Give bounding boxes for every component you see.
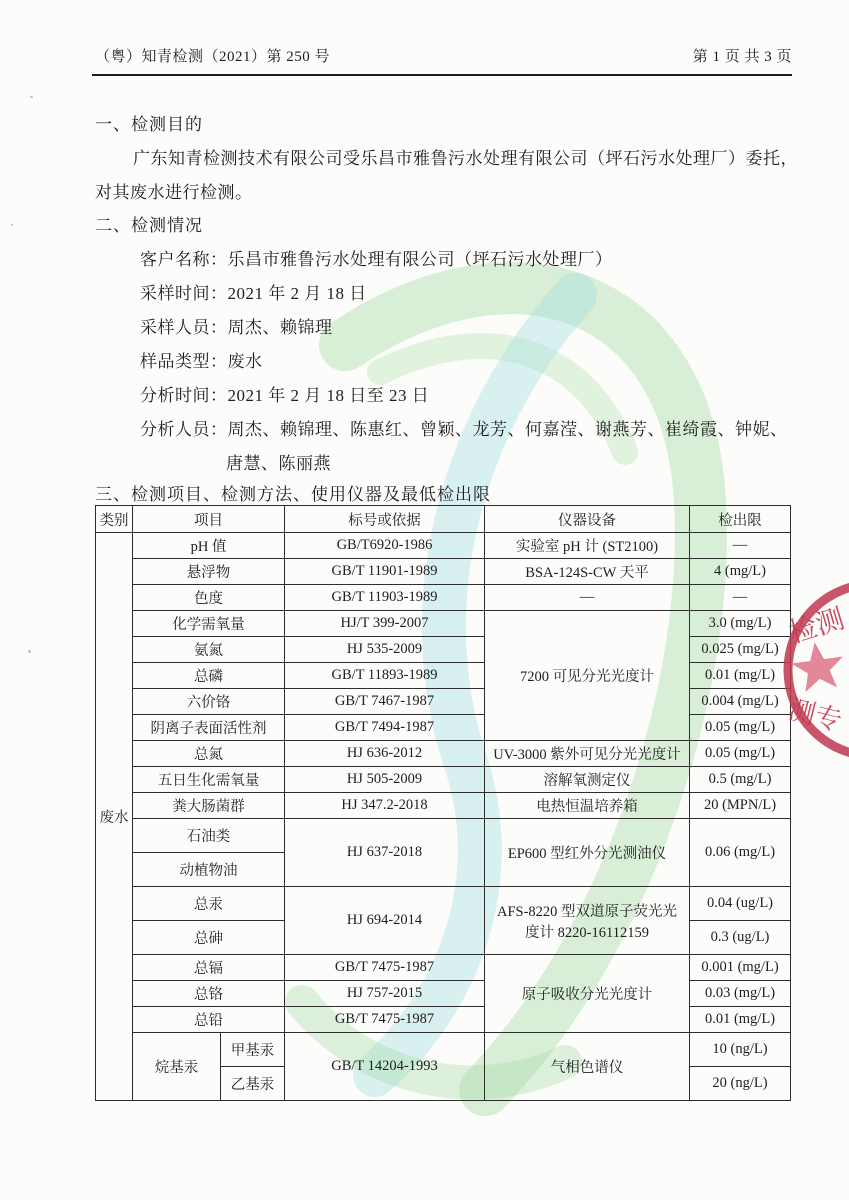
cell-limit: 10 (ng/L) bbox=[690, 1033, 791, 1067]
cell-instrument-line2: 度计 8220-16112159 bbox=[487, 921, 687, 942]
table-row: 总镉 GB/T 7475-1987 原子吸收分光光度计 0.001 (mg/L) bbox=[96, 955, 791, 981]
scan-speck bbox=[28, 650, 31, 653]
cell-instrument: 气相色谱仪 bbox=[485, 1033, 690, 1101]
field-label: 客户名称： bbox=[140, 250, 228, 269]
cell-item: 粪大肠菌群 bbox=[133, 793, 285, 819]
cell-instrument: BSA-124S-CW 天平 bbox=[485, 559, 690, 585]
cell-item: 甲基汞 bbox=[221, 1033, 285, 1067]
field-label: 样品类型： bbox=[140, 352, 228, 371]
cell-category: 废水 bbox=[96, 533, 133, 1101]
cell-item: 动植物油 bbox=[133, 853, 285, 887]
section1-paragraph-line2: 对其废水进行检测。 bbox=[95, 178, 253, 203]
cell-limit: 0.05 (mg/L) bbox=[690, 715, 791, 741]
cell-limit: 20 (MPN/L) bbox=[690, 793, 791, 819]
cell-standard: HJ 694-2014 bbox=[285, 887, 485, 955]
cell-standard: GB/T 11901-1989 bbox=[285, 559, 485, 585]
cell-limit: 0.04 (ug/L) bbox=[690, 887, 791, 921]
cell-limit: 0.5 (mg/L) bbox=[690, 767, 791, 793]
scan-speck bbox=[11, 224, 13, 226]
table-row: 色度 GB/T 11903-1989 — — bbox=[96, 585, 791, 611]
field-value: 2021 年 2 月 18 日至 23 日 bbox=[228, 386, 430, 405]
section3-title: 三、检测项目、检测方法、使用仪器及最低检出限 bbox=[95, 480, 491, 505]
column-header-standard: 标号或依据 bbox=[285, 506, 485, 533]
cell-standard: HJ 637-2018 bbox=[285, 819, 485, 887]
column-header-category: 类别 bbox=[96, 506, 133, 533]
field-value: 周杰、赖锦理 bbox=[228, 318, 333, 337]
cell-item: 阴离子表面活性剂 bbox=[133, 715, 285, 741]
cell-standard: HJ 505-2009 bbox=[285, 767, 485, 793]
cell-instrument: UV-3000 紫外可见分光光度计 bbox=[485, 741, 690, 767]
cell-item: 五日生化需氧量 bbox=[133, 767, 285, 793]
column-header-limit: 检出限 bbox=[690, 506, 791, 533]
cell-instrument: 原子吸收分光光度计 bbox=[485, 955, 690, 1033]
field-label: 采样人员： bbox=[140, 318, 228, 337]
scanned-report-page: { "page": { "header_left": "（粤）知青检测（2021… bbox=[0, 0, 849, 1200]
cell-item: 总镉 bbox=[133, 955, 285, 981]
field-value: 周杰、赖锦理、陈惠红、曾颖、龙芳、何嘉滢、谢燕芳、崔绮霞、钟妮、 bbox=[228, 420, 788, 439]
field-sampling-date: 采样时间：2021 年 2 月 18 日 bbox=[140, 279, 367, 304]
section2-title: 二、检测情况 bbox=[95, 211, 203, 236]
cell-standard: GB/T 11893-1989 bbox=[285, 663, 485, 689]
table-row: 五日生化需氧量 HJ 505-2009 溶解氧测定仪 0.5 (mg/L) bbox=[96, 767, 791, 793]
cell-item: 总铅 bbox=[133, 1007, 285, 1033]
cell-item-group: 烷基汞 bbox=[133, 1033, 221, 1101]
field-client-name: 客户名称：乐昌市雅鲁污水处理有限公司（坪石污水处理厂） bbox=[140, 245, 613, 270]
cell-item: 色度 bbox=[133, 585, 285, 611]
field-sampling-staff: 采样人员：周杰、赖锦理 bbox=[140, 313, 333, 338]
table-row: 烷基汞 甲基汞 GB/T 14204-1993 气相色谱仪 10 (ng/L) bbox=[96, 1033, 791, 1067]
test-items-table: 类别 项目 标号或依据 仪器设备 检出限 废水 pH 值 GB/T6920-19… bbox=[95, 505, 791, 1101]
cell-item: 石油类 bbox=[133, 819, 285, 853]
cell-item: pH 值 bbox=[133, 533, 285, 559]
table-row: 废水 pH 值 GB/T6920-1986 实验室 pH 计 (ST2100) … bbox=[96, 533, 791, 559]
table-row: 粪大肠菌群 HJ 347.2-2018 电热恒温培养箱 20 (MPN/L) bbox=[96, 793, 791, 819]
cell-limit: 3.0 (mg/L) bbox=[690, 611, 791, 637]
cell-limit: 20 (ng/L) bbox=[690, 1067, 791, 1101]
field-analysis-date: 分析时间：2021 年 2 月 18 日至 23 日 bbox=[140, 381, 429, 406]
scan-speck bbox=[30, 96, 33, 98]
cell-item: 总铬 bbox=[133, 981, 285, 1007]
cell-standard: HJ 535-2009 bbox=[285, 637, 485, 663]
cell-standard: GB/T 7475-1987 bbox=[285, 1007, 485, 1033]
column-header-item: 项目 bbox=[133, 506, 285, 533]
cell-limit: 0.004 (mg/L) bbox=[690, 689, 791, 715]
page-header: （粤）知青检测（2021）第 250 号 第 1 页 共 3 页 bbox=[95, 45, 792, 66]
cell-limit: 0.06 (mg/L) bbox=[690, 819, 791, 887]
cell-instrument: 7200 可见分光光度计 bbox=[485, 611, 690, 741]
cell-standard: HJ 347.2-2018 bbox=[285, 793, 485, 819]
cell-standard: HJ 757-2015 bbox=[285, 981, 485, 1007]
cell-standard: GB/T 14204-1993 bbox=[285, 1033, 485, 1101]
cell-standard: GB/T6920-1986 bbox=[285, 533, 485, 559]
column-header-instrument: 仪器设备 bbox=[485, 506, 690, 533]
field-label: 分析人员： bbox=[140, 420, 228, 439]
document-content: （粤）知青检测（2021）第 250 号 第 1 页 共 3 页 一、检测目的 … bbox=[0, 0, 849, 1200]
field-analysis-staff-continued: 唐慧、陈丽燕 bbox=[226, 449, 331, 474]
cell-standard: GB/T 7475-1987 bbox=[285, 955, 485, 981]
cell-item: 乙基汞 bbox=[221, 1067, 285, 1101]
cell-item: 六价铬 bbox=[133, 689, 285, 715]
cell-instrument: — bbox=[485, 585, 690, 611]
field-value: 废水 bbox=[228, 352, 263, 371]
cell-limit: 0.05 (mg/L) bbox=[690, 741, 791, 767]
table-row: 石油类 HJ 637-2018 EP600 型红外分光测油仪 0.06 (mg/… bbox=[96, 819, 791, 853]
cell-item: 总氮 bbox=[133, 741, 285, 767]
cell-instrument: AFS-8220 型双道原子荧光光 度计 8220-16112159 bbox=[485, 887, 690, 955]
cell-limit: 0.001 (mg/L) bbox=[690, 955, 791, 981]
cell-standard: GB/T 7494-1987 bbox=[285, 715, 485, 741]
cell-standard: HJ 636-2012 bbox=[285, 741, 485, 767]
field-sample-type: 样品类型：废水 bbox=[140, 347, 263, 372]
cell-instrument-line1: AFS-8220 型双道原子荧光光 bbox=[487, 900, 687, 921]
page-indicator: 第 1 页 共 3 页 bbox=[693, 45, 792, 66]
cell-instrument: 实验室 pH 计 (ST2100) bbox=[485, 533, 690, 559]
cell-item: 氨氮 bbox=[133, 637, 285, 663]
cell-item: 总砷 bbox=[133, 921, 285, 955]
table-row: 总氮 HJ 636-2012 UV-3000 紫外可见分光光度计 0.05 (m… bbox=[96, 741, 791, 767]
cell-instrument: 溶解氧测定仪 bbox=[485, 767, 690, 793]
cell-limit: — bbox=[690, 585, 791, 611]
field-value: 乐昌市雅鲁污水处理有限公司（坪石污水处理厂） bbox=[228, 250, 613, 269]
cell-limit: 0.01 (mg/L) bbox=[690, 663, 791, 689]
cell-limit: 4 (mg/L) bbox=[690, 559, 791, 585]
field-value: 2021 年 2 月 18 日 bbox=[228, 284, 367, 303]
cell-item: 悬浮物 bbox=[133, 559, 285, 585]
header-rule bbox=[92, 74, 792, 76]
cell-limit: — bbox=[690, 533, 791, 559]
cell-limit: 0.03 (mg/L) bbox=[690, 981, 791, 1007]
cell-limit: 0.01 (mg/L) bbox=[690, 1007, 791, 1033]
field-label: 采样时间： bbox=[140, 284, 228, 303]
cell-item: 化学需氧量 bbox=[133, 611, 285, 637]
cell-instrument: EP600 型红外分光测油仪 bbox=[485, 819, 690, 887]
table-row: 总汞 HJ 694-2014 AFS-8220 型双道原子荧光光 度计 8220… bbox=[96, 887, 791, 921]
cell-limit: 0.025 (mg/L) bbox=[690, 637, 791, 663]
cell-limit: 0.3 (ug/L) bbox=[690, 921, 791, 955]
document-number: （粤）知青检测（2021）第 250 号 bbox=[95, 45, 330, 66]
cell-item: 总汞 bbox=[133, 887, 285, 921]
cell-instrument: 电热恒温培养箱 bbox=[485, 793, 690, 819]
cell-standard: GB/T 11903-1989 bbox=[285, 585, 485, 611]
section1-title: 一、检测目的 bbox=[95, 110, 203, 135]
table-header-row: 类别 项目 标号或依据 仪器设备 检出限 bbox=[96, 506, 791, 533]
field-analysis-staff: 分析人员：周杰、赖锦理、陈惠红、曾颖、龙芳、何嘉滢、谢燕芳、崔绮霞、钟妮、 bbox=[140, 415, 788, 440]
cell-standard: HJ/T 399-2007 bbox=[285, 611, 485, 637]
table-row: 化学需氧量 HJ/T 399-2007 7200 可见分光光度计 3.0 (mg… bbox=[96, 611, 791, 637]
field-label: 分析时间： bbox=[140, 386, 228, 405]
table-row: 悬浮物 GB/T 11901-1989 BSA-124S-CW 天平 4 (mg… bbox=[96, 559, 791, 585]
cell-standard: GB/T 7467-1987 bbox=[285, 689, 485, 715]
section1-paragraph-line1: 广东知青检测技术有限公司受乐昌市雅鲁污水处理有限公司（坪石污水处理厂）委托， bbox=[133, 144, 798, 169]
cell-item: 总磷 bbox=[133, 663, 285, 689]
